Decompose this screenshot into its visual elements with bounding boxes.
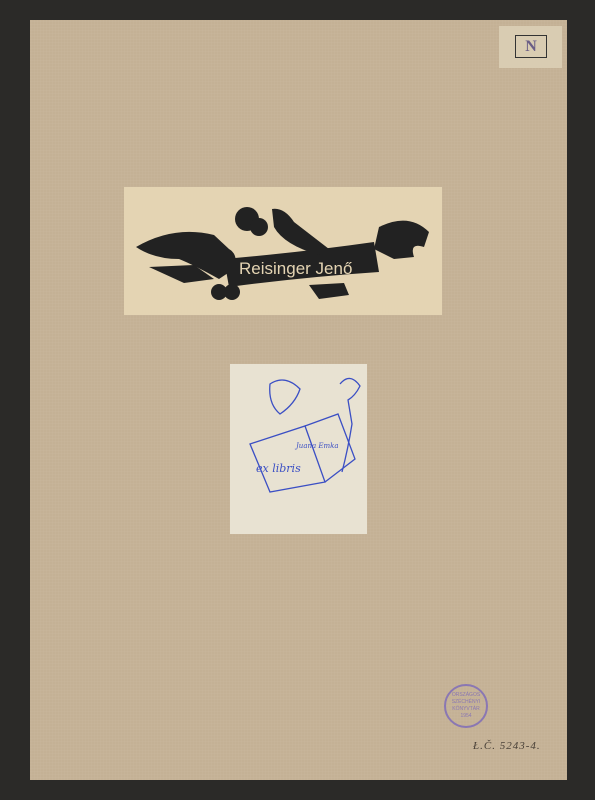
bird-silhouette-illustration: Reisinger Jenő xyxy=(124,187,442,315)
bookplate-reisinger: Reisinger Jenő xyxy=(124,187,442,315)
catalog-letter: N xyxy=(525,38,537,56)
owner-text: Juana Emka xyxy=(294,442,339,450)
shelfmark: Ł.Č. 5243-4. xyxy=(473,740,541,752)
stamp-line: ORSZÁGOS xyxy=(452,692,480,699)
book-drawing-illustration: ex libris Juana Emka xyxy=(230,364,367,534)
ex-libris-text: ex libris xyxy=(256,462,301,475)
catalog-label: N xyxy=(499,26,562,68)
catalog-label-box: N xyxy=(515,35,547,58)
stamp-line: KÖNYVTÁR xyxy=(452,706,480,713)
library-stamp: ORSZÁGOS SZÉCHÉNYI KÖNYVTÁR 1954 xyxy=(444,684,488,728)
stamp-line: SZÉCHÉNYI xyxy=(452,699,481,706)
bookplate-ex-libris: ex libris Juana Emka xyxy=(230,364,367,534)
bookplate-name: Reisinger Jenő xyxy=(239,259,352,278)
stamp-line: 1954 xyxy=(460,713,471,720)
